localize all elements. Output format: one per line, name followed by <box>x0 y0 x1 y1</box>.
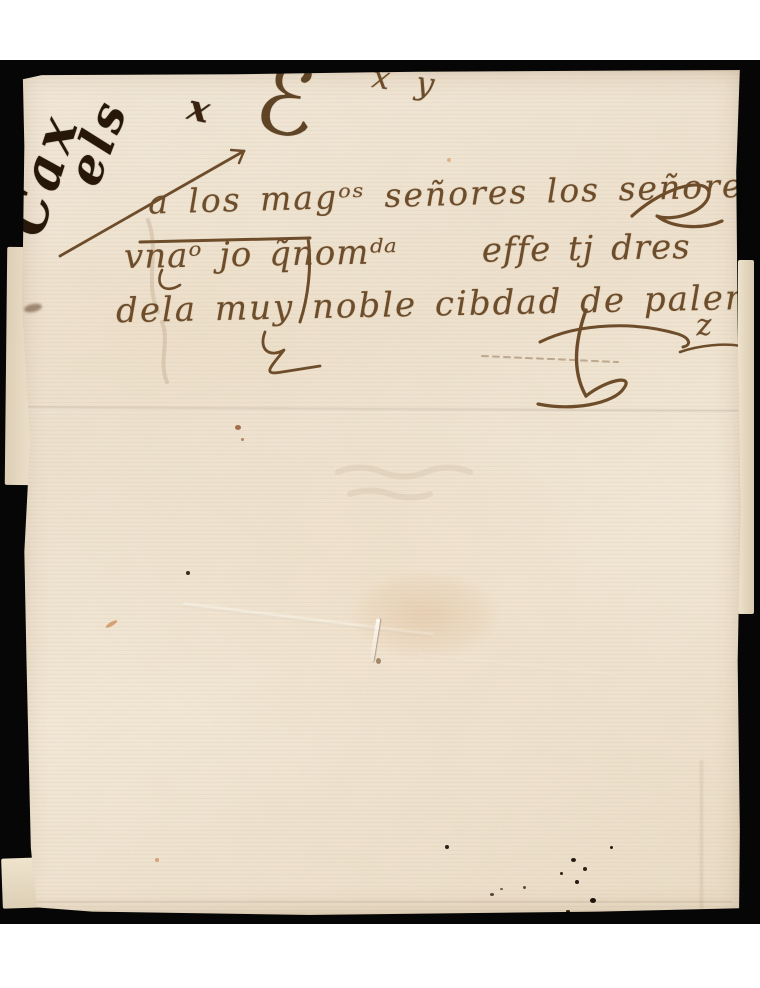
ink-speck <box>500 888 503 890</box>
line3-z-flourish <box>263 332 320 373</box>
ink-speck <box>445 845 449 849</box>
ink-speck <box>235 425 241 430</box>
address-line-1: a los magᵒˢ señores los señores <box>148 165 742 221</box>
ink-speck <box>523 886 526 889</box>
vertical-crease <box>700 760 703 910</box>
ink-speck <box>583 867 587 871</box>
horizontal-fold-crease <box>24 406 738 414</box>
address-line-3: dela muy noble cibdad de palencia <box>116 277 742 331</box>
fiber-fleck <box>105 619 118 629</box>
cross-mark: x <box>184 86 214 132</box>
diagonal-crease-highlight-2 <box>418 654 617 678</box>
bottom-fold-crease <box>30 901 732 904</box>
flourish-doodle: ℰ <box>247 70 323 162</box>
cross-marks-top: x y <box>370 70 445 105</box>
ink-speck <box>571 858 576 862</box>
paraph-base <box>538 380 626 407</box>
paraph-descender <box>577 310 586 396</box>
z-underline <box>680 345 740 352</box>
ink-speck <box>610 846 613 849</box>
ink-speck <box>590 898 596 903</box>
ink-speck <box>186 571 190 575</box>
ink-speck <box>560 872 563 875</box>
ink-smudge-left-edge <box>23 302 42 314</box>
scanner-background: a los magᵒˢ señores los señores vnaᵒ jo … <box>0 60 760 924</box>
ink-speck <box>575 880 579 884</box>
paper-fold-flap-right <box>738 260 754 614</box>
diagonal-stroke-arrowhead <box>231 150 244 163</box>
letter-sheet: a los magᵒˢ señores los señores vnaᵒ jo … <box>20 70 742 915</box>
paper-tear <box>370 618 381 662</box>
rubric-z: z <box>695 307 713 343</box>
paper-tear-tip <box>376 658 381 664</box>
paraph-cross <box>540 326 689 347</box>
ink-speck <box>241 438 244 441</box>
diagonal-crease-highlight <box>183 603 434 638</box>
ink-speck <box>566 910 570 913</box>
address-line-2: vnaᵒ jo q̃nomᵈᵃ effe tj dres <box>124 227 691 277</box>
page: { "scan": { "description": "Verso (addre… <box>0 0 760 988</box>
ink-speck <box>155 858 159 862</box>
ink-speck <box>490 893 494 896</box>
ink-speck <box>447 158 451 162</box>
faded-dashed-line <box>482 356 618 362</box>
